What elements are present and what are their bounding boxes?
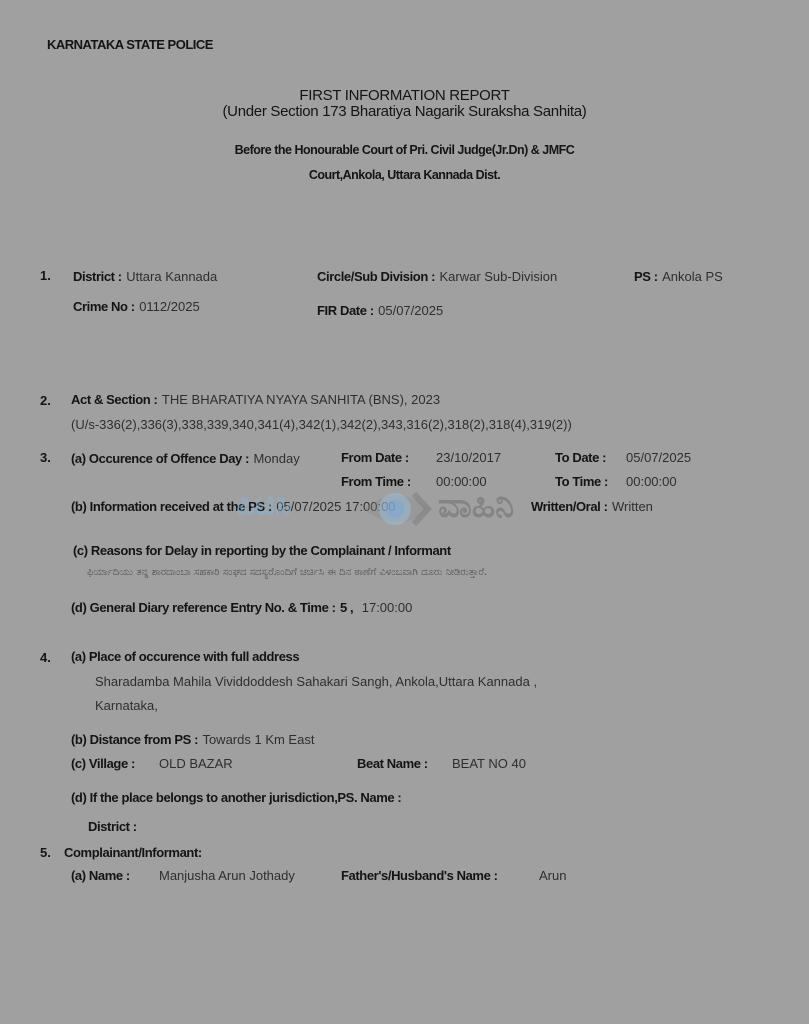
beat-label: Beat Name : — [357, 756, 428, 771]
section-number: 5. — [40, 845, 51, 860]
address-line-2: Karnataka, — [95, 698, 158, 713]
general-diary-label: (d) General Diary reference Entry No. & … — [71, 600, 336, 615]
ps-field: PS : Ankola PS — [634, 268, 723, 286]
to-time-value: 00:00:00 — [626, 474, 677, 489]
circle-value: Karwar Sub-Division — [439, 269, 557, 284]
document-title: FIRST INFORMATION REPORT — [0, 87, 809, 104]
agency-name: KARNATAKA STATE POLICE — [47, 37, 213, 52]
ps-value: Ankola PS — [662, 269, 723, 284]
jurisdiction-district-label: District : — [88, 819, 137, 834]
district-field: District : Uttara Kannada — [73, 268, 217, 286]
fir-date-field: FIR Date : 05/07/2025 — [317, 302, 443, 320]
crime-no-label: Crime No : — [73, 299, 135, 314]
section-number: 4. — [40, 650, 51, 665]
circle-field: Circle/Sub Division : Karwar Sub-Divisio… — [317, 268, 557, 286]
general-diary-entry: 5 , — [340, 600, 353, 615]
info-received-field: (b) Information received at the PS : 05/… — [71, 498, 396, 516]
occurrence-day-value: Monday — [253, 451, 299, 466]
sections-list: (U/s-336(2),336(3),338,339,340,341(4),34… — [71, 417, 572, 432]
crime-no-field: Crime No : 0112/2025 — [73, 298, 200, 316]
place-label: (a) Place of occurence with full address — [71, 649, 299, 664]
from-date-value: 23/10/2017 — [436, 450, 501, 465]
father-husband-label: Father's/Husband's Name : — [341, 868, 498, 883]
to-time-label: To Time : — [555, 474, 608, 489]
from-time-label: From Time : — [341, 474, 411, 489]
occurrence-day-label: (a) Occurence of Offence Day : — [71, 451, 249, 466]
document-subtitle: (Under Section 173 Bharatiya Nagarik Sur… — [0, 103, 809, 120]
jurisdiction-label: (d) If the place belongs to another juri… — [71, 790, 401, 805]
complainant-heading: Complainant/Informant: — [64, 845, 202, 860]
court-line-2: Court,Ankola, Uttara Kannada Dist. — [0, 168, 809, 182]
district-value: Uttara Kannada — [126, 269, 217, 284]
fir-date-label: FIR Date : — [317, 303, 374, 318]
written-oral-label: Written/Oral : — [531, 499, 608, 514]
act-section-field: Act & Section : THE BHARATIYA NYAYA SANH… — [71, 391, 440, 409]
info-received-label: (b) Information received at the PS : — [71, 499, 272, 514]
written-oral-value: Written — [612, 499, 653, 514]
court-line-1: Before the Honourable Court of Pri. Civi… — [0, 143, 809, 157]
general-diary-time: 17:00:00 — [362, 600, 413, 615]
occurrence-day-field: (a) Occurence of Offence Day : Monday — [71, 450, 300, 468]
info-received-value: 05/07/2025 17:00:00 — [276, 499, 395, 514]
distance-label: (b) Distance from PS : — [71, 732, 198, 747]
act-label: Act & Section : — [71, 392, 157, 407]
village-value: OLD BAZAR — [159, 756, 233, 771]
complainant-name-value: Manjusha Arun Jothady — [159, 868, 295, 883]
to-date-label: To Date : — [555, 450, 606, 465]
fir-date-value: 05/07/2025 — [378, 303, 443, 318]
village-label: (c) Village : — [71, 756, 135, 771]
distance-field: (b) Distance from PS : Towards 1 Km East — [71, 731, 314, 749]
section-number: 2. — [40, 393, 51, 408]
act-value: THE BHARATIYA NYAYA SANHITA (BNS), 2023 — [162, 392, 440, 407]
to-date-value: 05/07/2025 — [626, 450, 691, 465]
from-date-label: From Date : — [341, 450, 409, 465]
watermark-right-text: ವಾಹಿನಿ — [438, 486, 514, 526]
delay-reason-value: ಫಿರ್ಯಾದಿಯು ತನ್ನ ಶಾರದಾಂಬಾ ಸಹಕಾರಿ ಸಂಘದ ಸದಸ… — [87, 567, 487, 578]
distance-value: Towards 1 Km East — [202, 732, 314, 747]
from-time-value: 00:00:00 — [436, 474, 487, 489]
beat-value: BEAT NO 40 — [452, 756, 526, 771]
complainant-name-label: (a) Name : — [71, 868, 130, 883]
general-diary-field: (d) General Diary reference Entry No. & … — [71, 599, 412, 617]
address-line-1: Sharadamba Mahila Vividdoddesh Sahakari … — [95, 674, 537, 689]
written-oral-field: Written/Oral : Written — [531, 498, 653, 516]
crime-no-value: 0112/2025 — [139, 299, 200, 314]
father-husband-value: Arun — [539, 868, 566, 883]
section-number: 1. — [40, 268, 51, 283]
delay-reason-label: (c) Reasons for Delay in reporting by th… — [73, 543, 451, 558]
ps-label: PS : — [634, 269, 658, 284]
circle-label: Circle/Sub Division : — [317, 269, 435, 284]
section-number: 3. — [40, 450, 51, 465]
district-label: District : — [73, 269, 122, 284]
